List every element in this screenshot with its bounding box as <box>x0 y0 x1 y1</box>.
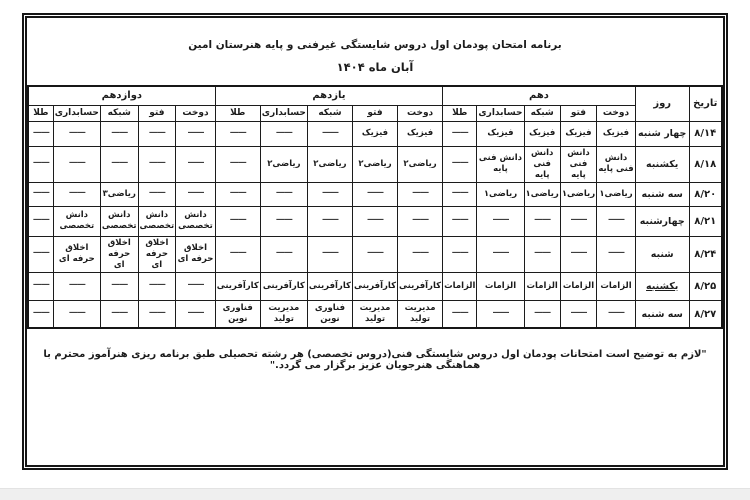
subject-header-1-4: طلا <box>215 105 260 121</box>
exam-cell: الزامات <box>597 272 636 300</box>
empty-exam-cell: —— <box>176 272 216 300</box>
empty-exam-cell: —— <box>524 236 560 272</box>
empty-exam-cell: —— <box>524 206 560 236</box>
subject-header-0-2: شبکه <box>524 105 560 121</box>
exam-cell: ریاضی۱ <box>560 182 596 206</box>
empty-exam-cell: —— <box>443 300 477 328</box>
day-cell: چهار شنبه <box>635 121 689 146</box>
date-cell: ۸/۲۵ <box>689 272 722 300</box>
empty-exam-cell: —— <box>138 121 176 146</box>
empty-exam-cell: —— <box>138 300 176 328</box>
exam-cell: فیزیک <box>560 121 596 146</box>
exam-cell: ریاضی۲ <box>260 146 307 182</box>
subject-header-2-2: شبکه <box>100 105 138 121</box>
exam-cell: ریاضی۱ <box>524 182 560 206</box>
empty-exam-cell: —— <box>352 206 397 236</box>
subject-header-0-3: حسابداری <box>477 105 524 121</box>
exam-cell: مدیریت تولید <box>398 300 443 328</box>
grade-group-header-0: دهم <box>443 86 636 105</box>
empty-exam-cell: —— <box>100 121 138 146</box>
empty-exam-cell: —— <box>176 146 216 182</box>
grade-group-header-1: یازدهم <box>215 86 442 105</box>
date-column-header: تاریخ <box>689 86 722 121</box>
empty-exam-cell: —— <box>28 182 53 206</box>
empty-exam-cell: —— <box>398 206 443 236</box>
empty-exam-cell: —— <box>443 182 477 206</box>
empty-exam-cell: —— <box>398 236 443 272</box>
empty-exam-cell: —— <box>28 146 53 182</box>
exam-cell: کارآفرینی <box>215 272 260 300</box>
exam-cell: فناوری نوین <box>307 300 352 328</box>
empty-exam-cell: —— <box>597 300 636 328</box>
exam-cell: ریاضی۱ <box>597 182 636 206</box>
schedule-row-۸/۱۴: ۸/۱۴چهار شنبهفیزیکفیزیکفیزیکفیزیک——فیزیک… <box>28 121 722 146</box>
exam-cell: دانش تخصصی <box>53 206 100 236</box>
empty-exam-cell: —— <box>53 182 100 206</box>
exam-cell: فیزیک <box>398 121 443 146</box>
empty-exam-cell: —— <box>215 182 260 206</box>
empty-exam-cell: —— <box>560 206 596 236</box>
empty-exam-cell: —— <box>28 300 53 328</box>
schedule-row-۸/۲۱: ۸/۲۱چهارشنبه————————————————————دانش تخص… <box>28 206 722 236</box>
exam-cell: الزامات <box>443 272 477 300</box>
exam-cell: دانش فنی پایه <box>477 146 524 182</box>
schedule-row-۸/۱۸: ۸/۱۸یکشنبهدانش فنی پایهدانش فنی پایهدانش… <box>28 146 722 182</box>
empty-exam-cell: —— <box>477 236 524 272</box>
empty-exam-cell: —— <box>176 300 216 328</box>
exam-cell: کارآفرینی <box>352 272 397 300</box>
exam-cell: ریاضی۲ <box>398 146 443 182</box>
exam-cell: فیزیک <box>352 121 397 146</box>
schedule-row-۸/۲۵: ۸/۲۵یکشنبهالزاماتالزاماتالزاماتالزاماتال… <box>28 272 722 300</box>
empty-exam-cell: —— <box>138 182 176 206</box>
subject-header-1-1: فتو <box>352 105 397 121</box>
empty-exam-cell: —— <box>53 272 100 300</box>
empty-exam-cell: —— <box>138 272 176 300</box>
exam-cell: دانش تخصصی <box>176 206 216 236</box>
subject-header-1-2: شبکه <box>307 105 352 121</box>
exam-cell: کارآفرینی <box>260 272 307 300</box>
document-frame: برنامه امتحان پودمان اول دروس شایستگی غی… <box>22 13 728 470</box>
schedule-row-۸/۲۰: ۸/۲۰سه شنبهریاضی۱ریاضی۱ریاضی۱ریاضی۱—————… <box>28 182 722 206</box>
exam-table: تاریخروزدهمیازدهمدوازدهمدوختفتوشبکهحسابد… <box>27 85 723 329</box>
empty-exam-cell: —— <box>28 272 53 300</box>
date-cell: ۸/۲۰ <box>689 182 722 206</box>
exam-cell: اخلاق حرفه ای <box>138 236 176 272</box>
document-subtitle: آبان ماه ۱۴۰۴ <box>27 60 723 74</box>
empty-exam-cell: —— <box>560 300 596 328</box>
empty-exam-cell: —— <box>215 146 260 182</box>
date-cell: ۸/۱۸ <box>689 146 722 182</box>
empty-exam-cell: —— <box>28 206 53 236</box>
subject-header-2-1: فتو <box>138 105 176 121</box>
empty-exam-cell: —— <box>597 206 636 236</box>
exam-cell: ریاضی۲ <box>307 146 352 182</box>
day-cell: چهارشنبه <box>635 206 689 236</box>
exam-cell: الزامات <box>477 272 524 300</box>
empty-exam-cell: —— <box>443 206 477 236</box>
empty-exam-cell: —— <box>100 300 138 328</box>
exam-cell: اخلاق حرفه ای <box>100 236 138 272</box>
exam-cell: فیزیک <box>597 121 636 146</box>
exam-cell: کارآفرینی <box>307 272 352 300</box>
empty-exam-cell: —— <box>443 146 477 182</box>
empty-exam-cell: —— <box>443 236 477 272</box>
document-title: برنامه امتحان پودمان اول دروس شایستگی غی… <box>27 39 723 51</box>
schedule-row-۸/۲۷: ۸/۲۷سه شنبه——————————مدیریت تولیدمدیریت … <box>28 300 722 328</box>
subject-header-2-4: طلا <box>28 105 53 121</box>
empty-exam-cell: —— <box>260 182 307 206</box>
empty-exam-cell: —— <box>398 182 443 206</box>
exam-cell: دانش فنی پایه <box>597 146 636 182</box>
subject-header-2-0: دوخت <box>176 105 216 121</box>
empty-exam-cell: —— <box>100 146 138 182</box>
empty-exam-cell: —— <box>53 121 100 146</box>
empty-exam-cell: —— <box>138 146 176 182</box>
empty-exam-cell: —— <box>352 182 397 206</box>
empty-exam-cell: —— <box>176 182 216 206</box>
date-cell: ۸/۲۱ <box>689 206 722 236</box>
subject-header-1-0: دوخت <box>398 105 443 121</box>
subject-header-2-3: حسابداری <box>53 105 100 121</box>
exam-cell: کارآفرینی <box>398 272 443 300</box>
subject-header-0-1: فتو <box>560 105 596 121</box>
day-column-header: روز <box>635 86 689 121</box>
empty-exam-cell: —— <box>100 272 138 300</box>
empty-exam-cell: —— <box>307 182 352 206</box>
empty-exam-cell: —— <box>260 121 307 146</box>
exam-cell: ریاضی۳ <box>100 182 138 206</box>
exam-cell: فیزیک <box>524 121 560 146</box>
empty-exam-cell: —— <box>443 121 477 146</box>
day-cell: شنبه <box>635 236 689 272</box>
exam-cell: مدیریت تولید <box>260 300 307 328</box>
day-cell: سه شنبه <box>635 182 689 206</box>
empty-exam-cell: —— <box>53 146 100 182</box>
empty-exam-cell: —— <box>352 236 397 272</box>
empty-exam-cell: —— <box>53 300 100 328</box>
empty-exam-cell: —— <box>215 236 260 272</box>
empty-exam-cell: —— <box>307 206 352 236</box>
empty-exam-cell: —— <box>28 121 53 146</box>
exam-cell: فناوری نوین <box>215 300 260 328</box>
empty-exam-cell: —— <box>260 206 307 236</box>
empty-exam-cell: —— <box>215 206 260 236</box>
exam-cell: ریاضی۲ <box>352 146 397 182</box>
empty-exam-cell: —— <box>477 206 524 236</box>
empty-exam-cell: —— <box>307 121 352 146</box>
subject-header-1-3: حسابداری <box>260 105 307 121</box>
empty-exam-cell: —— <box>477 300 524 328</box>
schedule-row-۸/۲۴: ۸/۲۴شنبه————————————————————اخلاق حرفه ا… <box>28 236 722 272</box>
empty-exam-cell: —— <box>176 121 216 146</box>
exam-cell: ریاضی۱ <box>477 182 524 206</box>
exam-cell: دانش تخصصی <box>100 206 138 236</box>
empty-exam-cell: —— <box>260 236 307 272</box>
footnote-text: "لازم به توضیح است امتحانات پودمان اول د… <box>27 349 723 371</box>
day-cell: یکشنبه <box>635 272 689 300</box>
exam-cell: دانش فنی پایه <box>560 146 596 182</box>
empty-exam-cell: —— <box>307 236 352 272</box>
exam-cell: دانش تخصصی <box>138 206 176 236</box>
empty-exam-cell: —— <box>215 121 260 146</box>
empty-exam-cell: —— <box>28 236 53 272</box>
exam-cell: الزامات <box>524 272 560 300</box>
exam-cell: اخلاق حرفه ای <box>176 236 216 272</box>
subject-header-0-0: دوخت <box>597 105 636 121</box>
subject-header-0-4: طلا <box>443 105 477 121</box>
day-cell: سه شنبه <box>635 300 689 328</box>
empty-exam-cell: —— <box>560 236 596 272</box>
exam-cell: دانش فنی پایه <box>524 146 560 182</box>
empty-exam-cell: —— <box>597 236 636 272</box>
date-cell: ۸/۲۷ <box>689 300 722 328</box>
day-cell: یکشنبه <box>635 146 689 182</box>
grade-group-header-2: دوازدهم <box>28 86 215 105</box>
background-strip <box>0 488 750 500</box>
exam-cell: مدیریت تولید <box>352 300 397 328</box>
exam-cell: الزامات <box>560 272 596 300</box>
date-cell: ۸/۲۴ <box>689 236 722 272</box>
date-cell: ۸/۱۴ <box>689 121 722 146</box>
exam-cell: فیزیک <box>477 121 524 146</box>
empty-exam-cell: —— <box>524 300 560 328</box>
exam-cell: اخلاق حرفه ای <box>53 236 100 272</box>
